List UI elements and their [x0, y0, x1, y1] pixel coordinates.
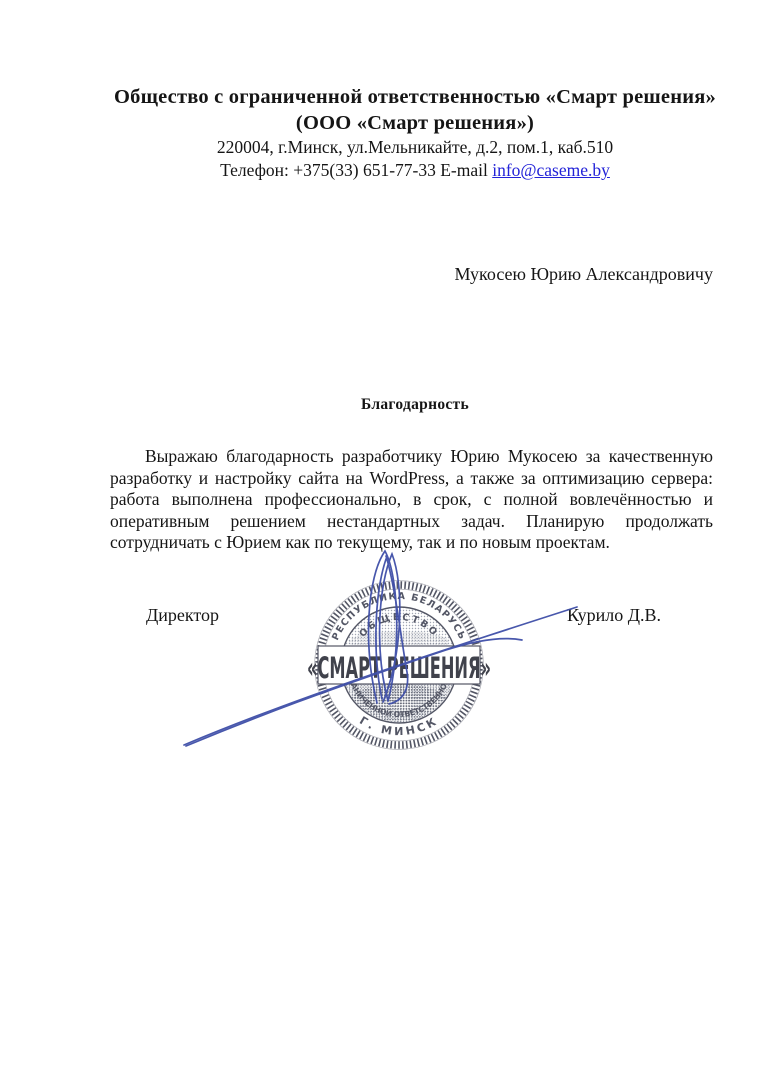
- org-name-full: Общество с ограниченной ответственностью…: [62, 84, 768, 110]
- org-address: 220004, г.Минск, ул.Мельникайте, д.2, по…: [62, 136, 768, 159]
- signature-loop: [369, 551, 397, 703]
- stamp-arc-city: Г. МИНСК: [357, 714, 441, 738]
- signature-loop: [376, 559, 386, 699]
- letter-document: Общество с ограниченной ответственностью…: [0, 0, 768, 1086]
- stamp-inner-disc: [341, 607, 457, 723]
- stamp-arc-republic: РЕСПУБЛИКА БЕЛАРУСЬ: [330, 591, 468, 642]
- stamp-rope-ring: [319, 585, 479, 745]
- stamp-banner: [318, 646, 480, 684]
- letterhead: Общество с ограниченной ответственностью…: [62, 84, 768, 182]
- signature: [184, 551, 577, 746]
- signature-long-stroke: [184, 607, 577, 745]
- signoff-position: Директор: [146, 604, 219, 627]
- signature-loop: [380, 554, 400, 702]
- signature-second-stroke: [186, 639, 522, 746]
- document-title: Благодарность: [62, 396, 768, 414]
- addressee-line: Мукосею Юрию Александровичу: [110, 263, 713, 286]
- org-contacts: Телефон: +375(33) 651-77-33 E-mail info@…: [62, 159, 768, 182]
- signature-flourish: [386, 556, 408, 704]
- letter-body: Выражаю благодарность разработчику Юрию …: [110, 446, 713, 554]
- phone-text: Телефон: +375(33) 651-77-33 E-mail: [220, 160, 492, 180]
- email-link[interactable]: info@caseme.by: [492, 160, 610, 180]
- stamp-center-text: «СМАРТ РЕШЕНИЯ»: [307, 651, 491, 686]
- org-name-short: (ООО «Смарт решения»): [62, 110, 768, 136]
- signoff-name: Курило Д.В.: [567, 604, 661, 627]
- stamp-arc-society: ОБЩЕСТВО: [357, 612, 440, 640]
